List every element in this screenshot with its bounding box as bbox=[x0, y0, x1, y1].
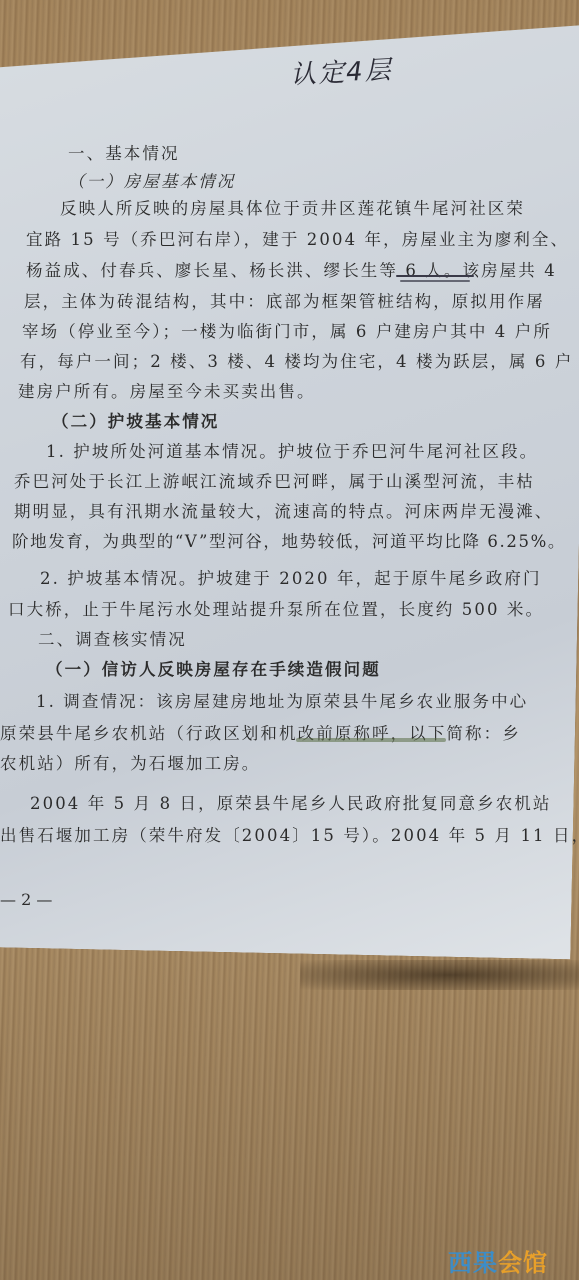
highlight-mark bbox=[296, 738, 446, 742]
section-heading-basic-info: 一、基本情况 bbox=[68, 140, 180, 164]
paper-shadow bbox=[300, 960, 579, 990]
handwritten-underline bbox=[396, 275, 474, 277]
paragraph-line: 建房户所有。房屋至今未买卖出售。 bbox=[18, 378, 316, 402]
paragraph-line: 口大桥，止于牛尾污水处理站提升泵所在位置，长度约 500 米。 bbox=[8, 596, 544, 620]
paragraph-line: 层，主体为砖混结构，其中：底部为框架管桩结构，原拟用作屠 bbox=[24, 288, 545, 312]
paragraph-line: 1. 调查情况：该房屋建房地址为原荣县牛尾乡农业服务中心 bbox=[36, 688, 528, 712]
paragraph-line: 杨益成、付春兵、廖长星、杨长洪、缪长生等 6 人。该房屋共 4 bbox=[26, 257, 557, 281]
section-heading-investigation: 二、调查核实情况 bbox=[38, 626, 187, 650]
paragraph-line: 阶地发育，为典型的“V”型河谷，地势较低，河道平均比降 6.25%。 bbox=[12, 528, 566, 552]
subheading-slope-info: （二）护坡基本情况 bbox=[52, 408, 219, 432]
handwritten-underline bbox=[400, 280, 470, 282]
paragraph-line: 2004 年 5 月 8 日，原荣县牛尾乡人民政府批复同意乡农机站 bbox=[30, 790, 552, 814]
paragraph-line: 2. 护坡基本情况。护坡建于 2020 年，起于原牛尾乡政府门 bbox=[40, 565, 542, 589]
watermark-logo: 西果会馆 bbox=[448, 1243, 548, 1278]
paragraph-line: 农机站）所有，为石堰加工房。 bbox=[0, 750, 260, 774]
paragraph-line: 宰场（停业至今）；一楼为临街门市，属 6 户建房户其中 4 户所 bbox=[22, 318, 552, 342]
paragraph-line: 期明显，具有汛期水流量较大，流速高的特点。河床两岸无漫滩、 bbox=[14, 498, 553, 522]
watermark-part2: 会馆 bbox=[498, 1249, 548, 1277]
paragraph-line: 宜路 15 号（乔巴河右岸），建于 2004 年，房屋业主为廖利全、 bbox=[26, 226, 569, 250]
paragraph-line: 有，每户一间；2 楼、3 楼、4 楼均为住宅，4 楼为跃层，属 6 户 bbox=[20, 348, 573, 372]
subheading-forgery-issue: （一）信访人反映房屋存在手续造假问题 bbox=[46, 656, 381, 680]
paragraph-line: 反映人所反映的房屋具体位于贡井区莲花镇牛尾河社区荣 bbox=[60, 195, 525, 219]
subheading-house-info: （一）房屋基本情况 bbox=[68, 168, 235, 192]
handwritten-note: 认定4层 bbox=[289, 49, 393, 91]
paragraph-line: 出售石堰加工房（荣牛府发〔2004〕15 号）。2004 年 5 月 11 日， bbox=[0, 822, 579, 846]
watermark-part1: 西果 bbox=[448, 1249, 498, 1277]
paragraph-line: 1. 护坡所处河道基本情况。护坡位于乔巴河牛尾河社区段。 bbox=[46, 438, 538, 462]
page-number: — 2 — bbox=[0, 890, 52, 909]
paragraph-line: 乔巴河处于长江上游岷江流域乔巴河畔，属于山溪型河流，丰枯 bbox=[14, 468, 535, 492]
